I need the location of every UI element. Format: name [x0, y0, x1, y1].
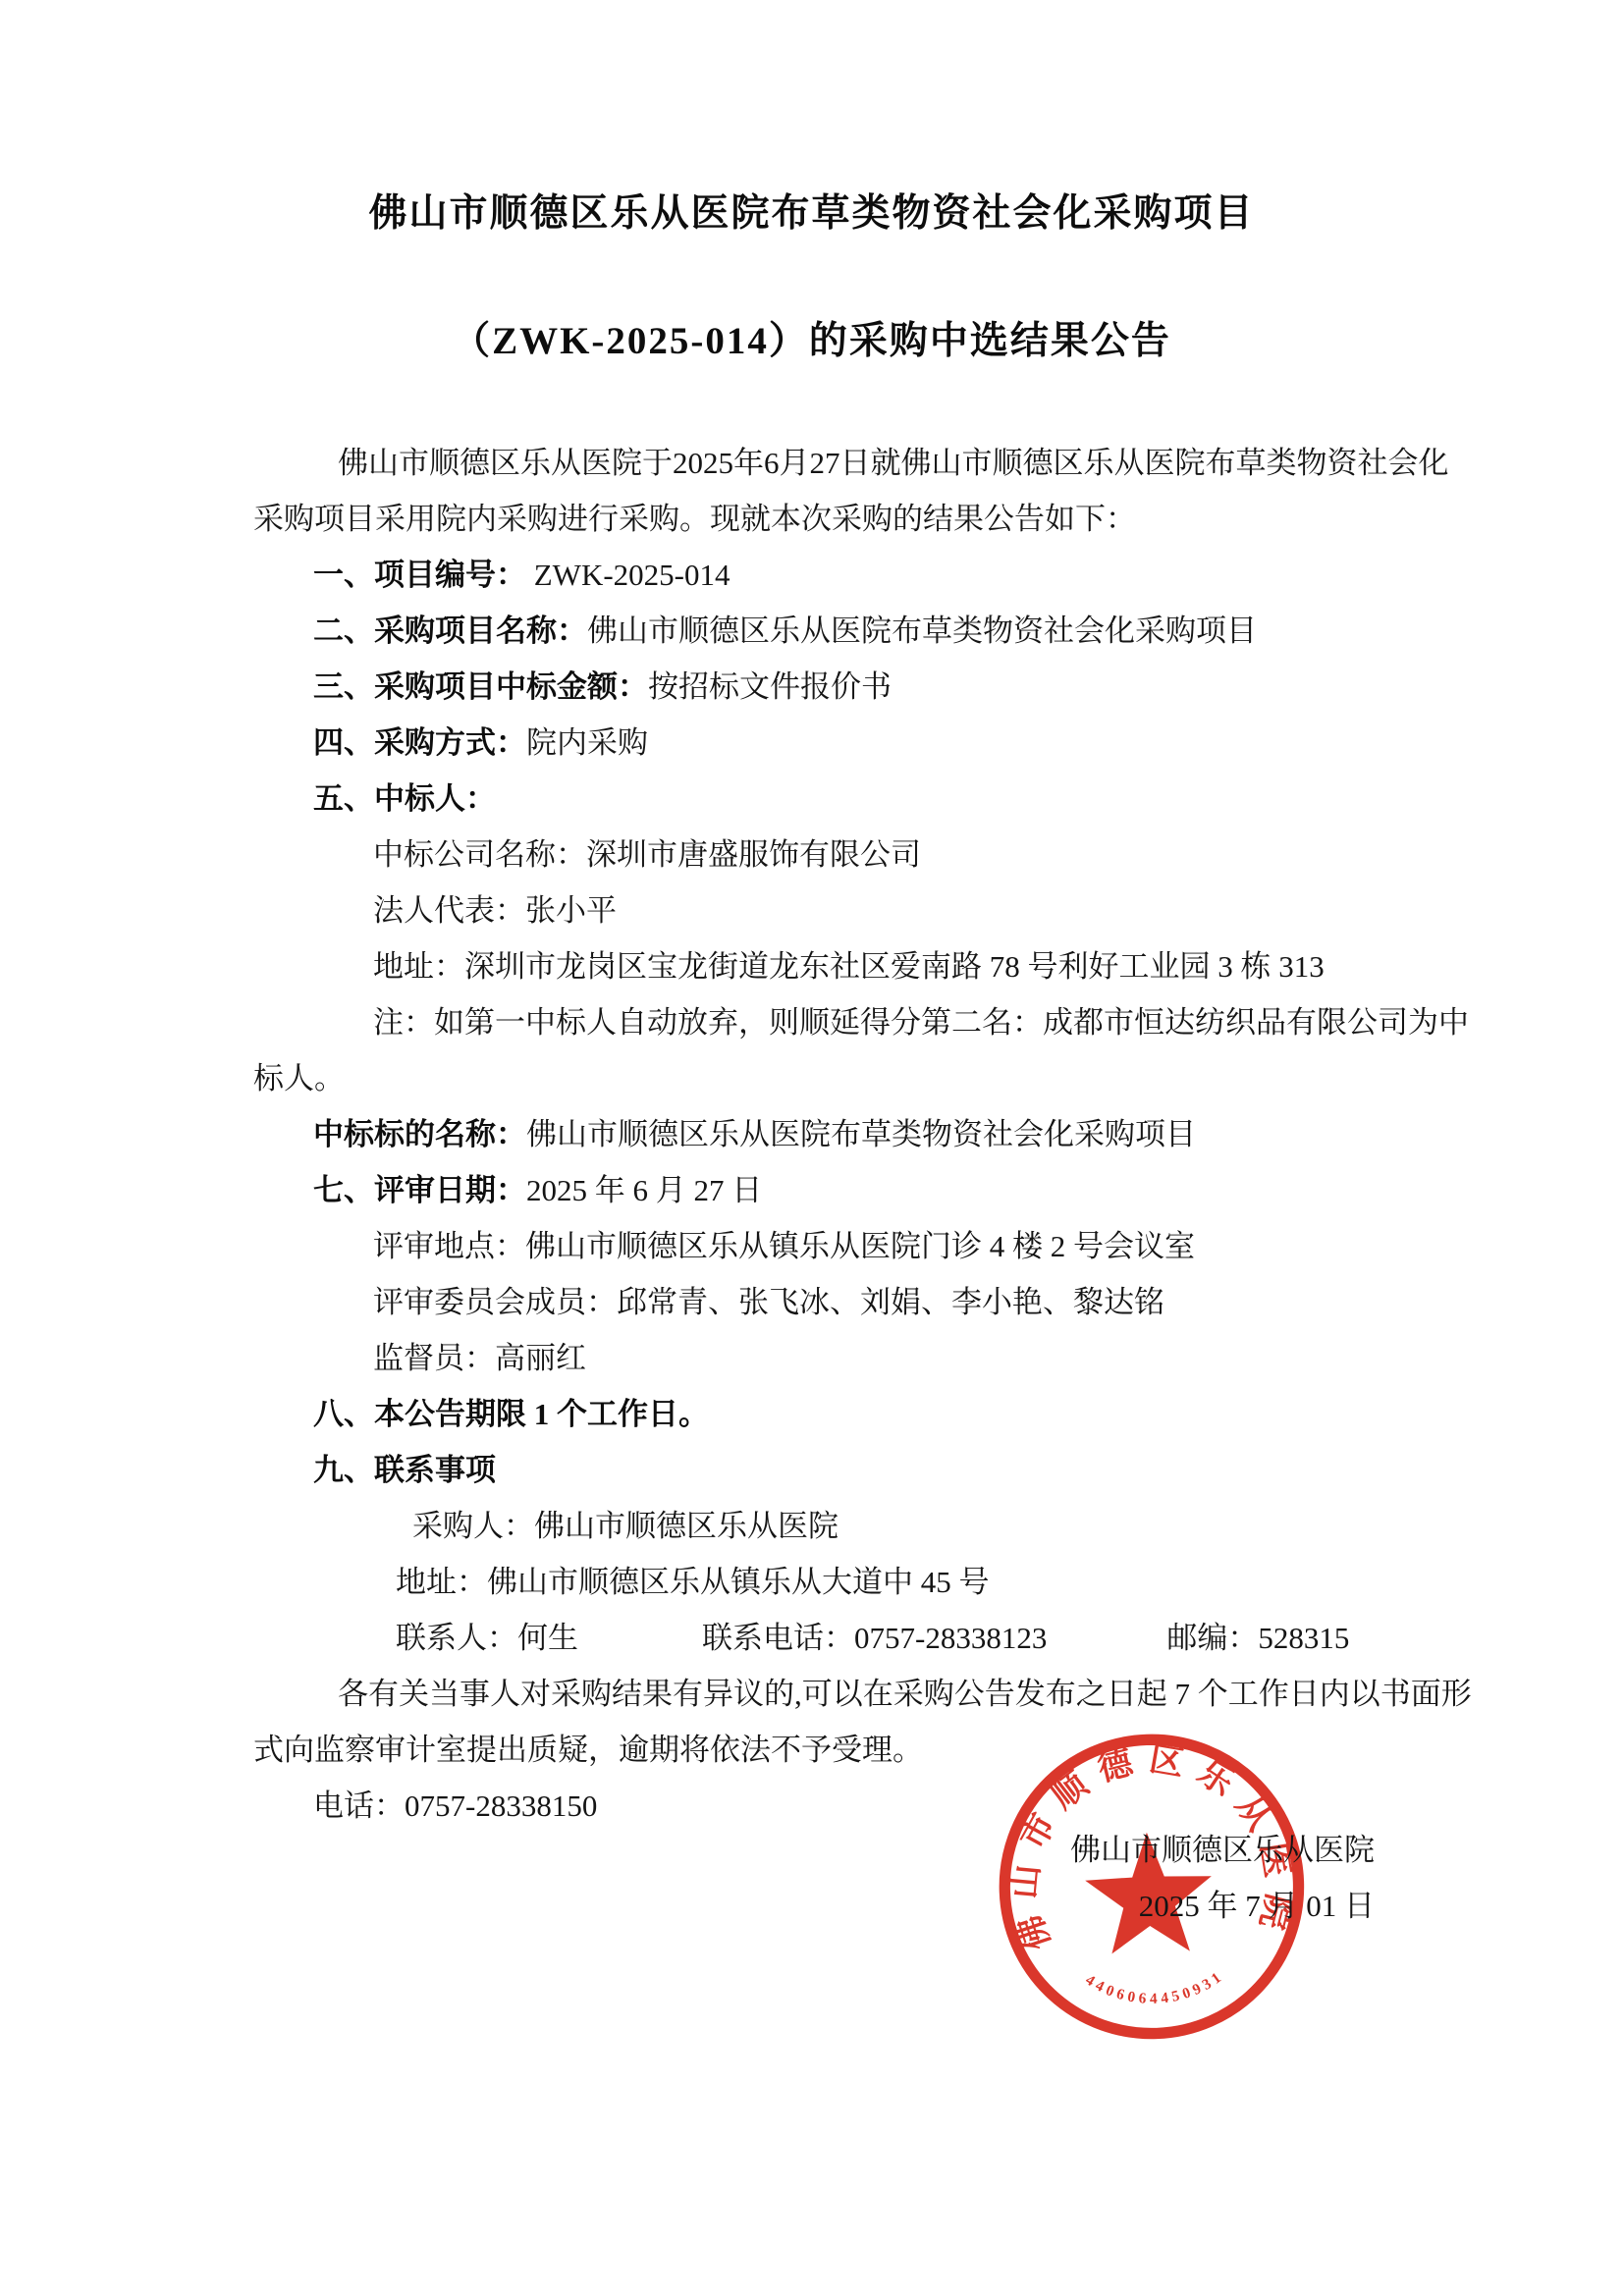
contact-phone: 联系电话：0757-28338123 — [702, 1610, 1047, 1666]
item-label: 八、本公告期限 1 个工作日。 — [313, 1397, 709, 1431]
item-project-name: 二、采购项目名称：佛山市顺德区乐从医院布草类物资社会化采购项目 — [253, 603, 1446, 659]
contact-postal-code: 邮编：528315 — [1166, 1610, 1349, 1666]
item-label: 二、采购项目名称： — [313, 614, 587, 648]
item-procurement-method: 四、采购方式：院内采购 — [253, 715, 1446, 771]
signature-date: 2025 年 7 月 01 日 — [1070, 1878, 1375, 1934]
intro-line-1: 佛山市顺德区乐从医院于2025年6月27日就佛山市顺德区乐从医院布草类物资社会化 — [253, 435, 1446, 491]
objection-notice-line-1: 各有关当事人对采购结果有异议的,可以在采购公告发布之日起 7 个工作日内以书面形 — [253, 1666, 1446, 1722]
item-label: 五、中标人： — [313, 781, 496, 816]
item-award-amount: 三、采购项目中标金额：按招标文件报价书 — [253, 659, 1446, 715]
item-contact-heading: 九、联系事项 — [253, 1442, 1446, 1498]
item-value: ZWK-2025-014 — [526, 558, 730, 592]
item-award-subject-name: 中标标的名称：佛山市顺德区乐从医院布草类物资社会化采购项目 — [253, 1106, 1446, 1162]
document-title: 佛山市顺德区乐从医院布草类物资社会化采购项目 （ZWK-2025-014）的采购… — [0, 0, 1623, 365]
item-label: 九、联系事项 — [313, 1453, 496, 1487]
title-line-2: （ZWK-2025-014）的采购中选结果公告 — [0, 310, 1623, 365]
document-page: 佛山市顺德区乐从医院布草类物资社会化采购项目 （ZWK-2025-014）的采购… — [0, 0, 1623, 2296]
item-value: 2025 年 6 月 27 日 — [526, 1173, 762, 1207]
contact-row: 联系人：何生 联系电话：0757-28338123 邮编：528315 — [253, 1610, 1446, 1666]
seal-code: 4406064450931 — [1082, 1967, 1228, 2010]
contact-person: 联系人：何生 — [396, 1610, 578, 1666]
title-line-1: 佛山市顺德区乐从医院布草类物资社会化采购项目 — [0, 183, 1623, 238]
signature-block: 佛山市顺德区乐从医院 2025 年 7 月 01 日 — [1070, 1822, 1375, 1934]
item-announcement-period: 八、本公告期限 1 个工作日。 — [253, 1386, 1446, 1442]
purchaser-name: 采购人：佛山市顺德区乐从医院 — [253, 1498, 1446, 1554]
item-value: 按招标文件报价书 — [648, 669, 892, 704]
review-committee-members: 评审委员会成员：邱常青、张飞冰、刘娟、李小艳、黎达铭 — [253, 1274, 1446, 1330]
purchaser-address: 地址：佛山市顺德区乐从镇乐从大道中 45 号 — [253, 1554, 1446, 1610]
item-review-date: 七、评审日期：2025 年 6 月 27 日 — [253, 1162, 1446, 1218]
winner-company-name: 中标公司名称：深圳市唐盛服饰有限公司 — [253, 827, 1446, 882]
item-label: 七、评审日期： — [313, 1173, 526, 1207]
intro-line-2: 采购项目采用院内采购进行采购。现就本次采购的结果公告如下： — [253, 491, 1446, 547]
item-project-number: 一、项目编号： ZWK-2025-014 — [253, 547, 1446, 603]
item-value: 院内采购 — [526, 725, 648, 760]
winner-address: 地址：深圳市龙岗区宝龙街道龙东社区爱南路 78 号利好工业园 3 栋 313 — [253, 938, 1446, 994]
winner-note-line-2: 标人。 — [253, 1050, 1446, 1106]
item-winner-heading: 五、中标人： — [253, 771, 1446, 827]
item-value: 佛山市顺德区乐从医院布草类物资社会化采购项目 — [587, 614, 1257, 648]
document-body: 佛山市顺德区乐从医院于2025年6月27日就佛山市顺德区乐从医院布草类物资社会化… — [253, 435, 1446, 1834]
signature-org: 佛山市顺德区乐从医院 — [1070, 1822, 1375, 1878]
review-supervisor: 监督员：高丽红 — [253, 1330, 1446, 1386]
item-value: 佛山市顺德区乐从医院布草类物资社会化采购项目 — [526, 1117, 1196, 1151]
winner-legal-representative: 法人代表：张小平 — [253, 882, 1446, 938]
review-location: 评审地点：佛山市顺德区乐从镇乐从医院门诊 4 楼 2 号会议室 — [253, 1218, 1446, 1274]
winner-note-line-1: 注：如第一中标人自动放弃，则顺延得分第二名：成都市恒达纺织品有限公司为中 — [253, 994, 1446, 1050]
item-label: 四、采购方式： — [313, 725, 526, 760]
item-label: 三、采购项目中标金额： — [313, 669, 648, 704]
item-label: 一、项目编号： — [313, 558, 526, 592]
item-label: 中标标的名称： — [313, 1117, 526, 1151]
